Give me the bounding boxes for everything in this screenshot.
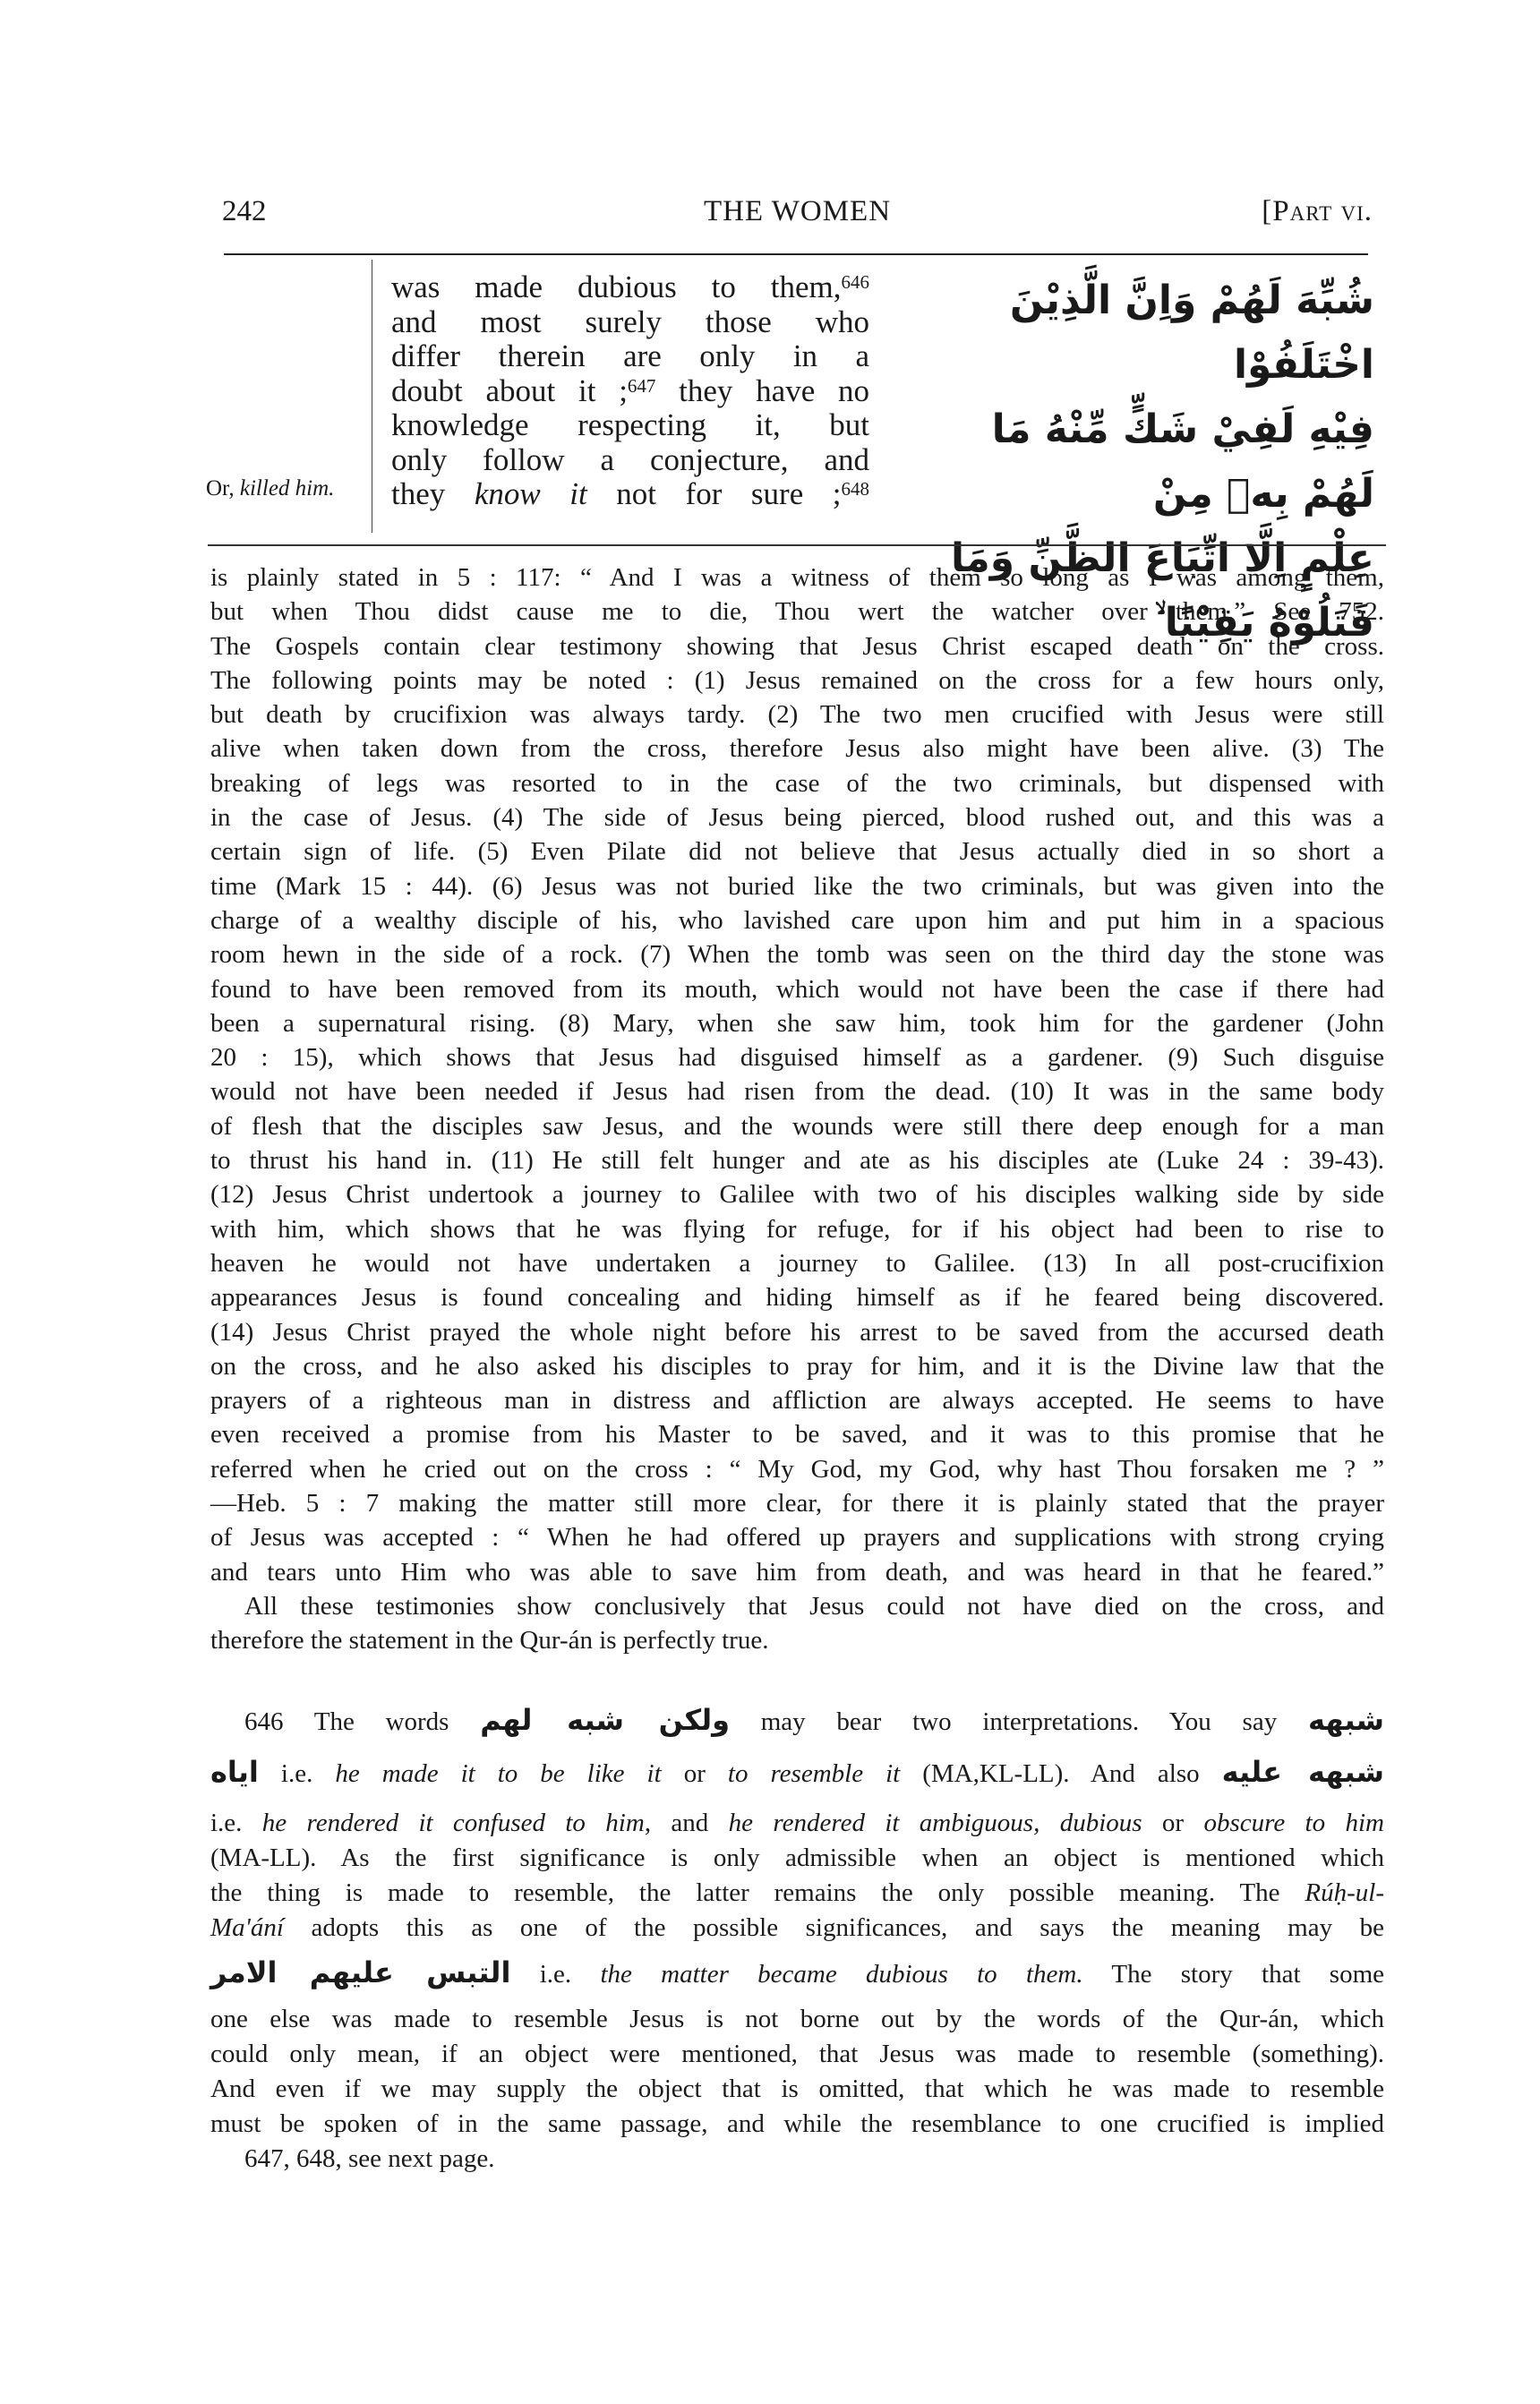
footnote-line: (MA-LL). As the first significance is on…	[210, 1844, 1384, 1873]
footnote-ref: 646	[842, 271, 870, 293]
verse-line: and most surely those who	[391, 305, 869, 340]
italic-text: Rúḥ-ul-	[1305, 1878, 1384, 1907]
commentary-line: appearances Jesus is found concealing an…	[210, 1280, 1384, 1314]
arabic-phrase: التبس عليهم الامر	[210, 1955, 510, 1989]
italic-text: Ma'ání	[210, 1913, 284, 1942]
footnote-line: التبس عليهم الامر i.e. the matter became…	[210, 1955, 1384, 1989]
arabic-phrase: شبهه	[1308, 1703, 1384, 1737]
footnote-ref: 648	[842, 478, 870, 500]
italic-text: he rendered it ambiguous, dubious	[729, 1809, 1142, 1837]
italic-text: he made it to be like it	[335, 1759, 661, 1788]
footnote-line: i.e. he rendered it confused to him, and…	[210, 1809, 1384, 1838]
commentary-line: been a supernatural rising. (8) Mary, wh…	[210, 1006, 1384, 1040]
italic-text: he rendered it confused to him	[262, 1809, 645, 1837]
verse-line: was made dubious to them,646	[391, 270, 869, 305]
commentary-line: would not have been needed if Jesus had …	[210, 1074, 1384, 1108]
verse-line: doubt about it ;647 they have no	[391, 374, 869, 409]
chapter-title: THE WOMEN	[222, 195, 1373, 228]
commentary-line: (12) Jesus Christ undertook a journey to…	[210, 1177, 1384, 1211]
commentary-line: on the cross, and he also asked his disc…	[210, 1349, 1384, 1383]
footnote-line: must be spoken of in the same passage, a…	[210, 2109, 1384, 2139]
commentary-line: of Jesus was accepted : “ When he had of…	[210, 1520, 1384, 1554]
verse-translation: was made dubious to them,646and most sur…	[391, 270, 869, 512]
italic-text: the matter became dubious to them.	[600, 1960, 1082, 1989]
margin-note: Or, killed him.	[206, 476, 334, 500]
continuation-note: 647, 648, see next page.	[210, 2144, 1384, 2174]
conclusion-line: All these testimonies show conclusively …	[210, 1589, 1384, 1623]
italic-text: obscure to him	[1203, 1809, 1384, 1837]
commentary-line: but when Thou didst cause me to die, Tho…	[210, 595, 1384, 629]
commentary-line: prayers of a righteous man in distress a…	[210, 1383, 1384, 1417]
commentary-line: time (Mark 15 : 44). (6) Jesus was not b…	[210, 869, 1384, 903]
commentary-line: room hewn in the side of a rock. (7) Whe…	[210, 937, 1384, 971]
arabic-phrase: اياه	[210, 1755, 259, 1789]
footnote-ref: 647	[628, 375, 656, 397]
commentary-line: charge of a wealthy disciple of his, who…	[210, 903, 1384, 937]
conclusion-line: therefore the statement in the Qur-án is…	[210, 1623, 1384, 1657]
commentary-line: breaking of legs was resorted to in the …	[210, 766, 1384, 800]
arabic-phrase: شبهه عليه	[1222, 1755, 1384, 1789]
italic-text: to resemble it	[728, 1759, 900, 1788]
commentary-line: found to have been removed from its mout…	[210, 972, 1384, 1006]
commentary-line: to thrust his hand in. (11) He still fel…	[210, 1143, 1384, 1177]
commentary-line: The Gospels contain clear testimony show…	[210, 629, 1384, 663]
footnote-line: And even if we may supply the object tha…	[210, 2075, 1384, 2104]
running-head: 242 THE WOMEN [Part vi.	[222, 195, 1373, 235]
commentary-line: is plainly stated in 5 : 117: “ And I wa…	[210, 560, 1384, 595]
arabic-phrase: ولكن شبه لهم	[480, 1703, 730, 1737]
commentary-line: —Heb. 5 : 7 making the matter still more…	[210, 1486, 1384, 1520]
verse-line: knowledge respecting it, but	[391, 408, 869, 443]
verse-line: only follow a conjecture, and	[391, 443, 869, 478]
footnote-line: one else was made to resemble Jesus is n…	[210, 2005, 1384, 2034]
footnote-line: the thing is made to resemble, the latte…	[210, 1878, 1384, 1908]
arabic-line: فِيْهِ لَفِيْ شَكٍّ مِّنْهُ مَا لَهُمْ ب…	[913, 398, 1374, 526]
commentary-line: 20 : 15), which shows that Jesus had dis…	[210, 1040, 1384, 1074]
footnote-line: اياه i.e. he made it to be like it or to…	[210, 1755, 1384, 1789]
arabic-line: شُبِّهَ لَهُمْ وَاِنَّ الَّذِيْنَ اخْتَل…	[913, 269, 1374, 398]
italic-text: know it	[475, 476, 587, 511]
commentary-line: heaven he would not have undertaken a jo…	[210, 1246, 1384, 1280]
commentary-line: certain sign of life. (5) Even Pilate di…	[210, 834, 1384, 868]
commentary-line: even received a promise from his Master …	[210, 1417, 1384, 1451]
commentary-line: (14) Jesus Christ prayed the whole night…	[210, 1315, 1384, 1349]
commentary-line: The following points may be noted : (1) …	[210, 663, 1384, 697]
commentary-text: is plainly stated in 5 : 117: “ And I wa…	[210, 560, 1384, 1658]
footnote-line: 646 The words ولكن شبه لهم may bear two …	[210, 1703, 1384, 1737]
verse-line: they know it not for sure ;648	[391, 477, 869, 512]
margin-note-italic: killed him.	[240, 476, 335, 500]
commentary-line: alive when taken down from the cross, th…	[210, 731, 1384, 766]
commentary-line: with him, which shows that he was flying…	[210, 1212, 1384, 1246]
margin-divider	[372, 260, 372, 533]
header-rule	[224, 253, 1368, 255]
footnote-line: could only mean, if an object were menti…	[210, 2040, 1384, 2069]
verse-line: differ therein are only in a	[391, 339, 869, 374]
commentary-line: and tears unto Him who was able to save …	[210, 1555, 1384, 1589]
commentary-line: in the case of Jesus. (4) The side of Je…	[210, 800, 1384, 834]
footnote-line: Ma'ání adopts this as one of the possibl…	[210, 1913, 1384, 1943]
commentary-line: referred when he cried out on the cross …	[210, 1452, 1384, 1486]
part-label: [Part vi.	[1262, 195, 1373, 228]
commentary-line: but death by crucifixion was always tard…	[210, 697, 1384, 731]
commentary-line: of flesh that the disciples saw Jesus, a…	[210, 1109, 1384, 1143]
margin-note-prefix: Or,	[206, 476, 240, 500]
section-rule	[208, 544, 1386, 546]
